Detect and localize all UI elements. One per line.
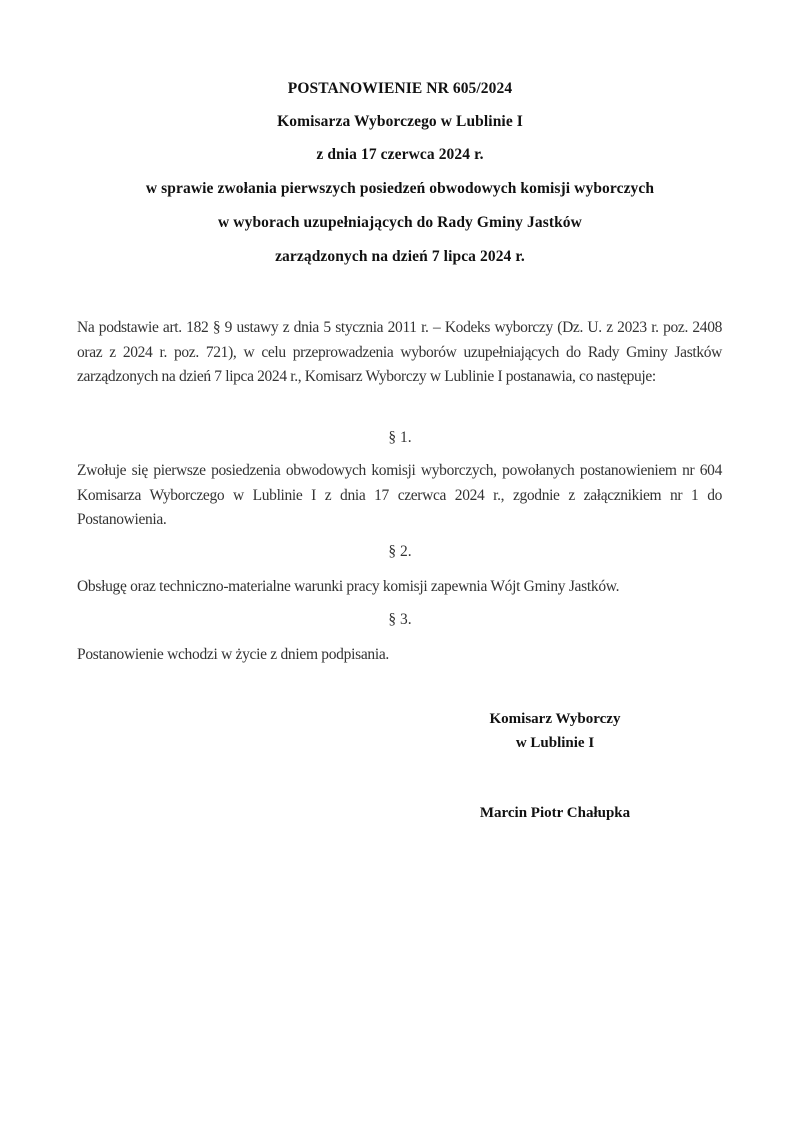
section-3-text: Postanowienie wchodzi w życie z dniem po… bbox=[77, 646, 389, 664]
signature-role-line-1: Komisarz Wyborczy bbox=[440, 711, 670, 728]
section-2-mark: § 2. bbox=[0, 543, 800, 561]
section-2-text: Obsługę oraz techniczno-materialne warun… bbox=[77, 578, 619, 596]
section-3-mark: § 3. bbox=[0, 611, 800, 629]
signature-role-line-2: w Lublinie I bbox=[440, 735, 670, 752]
subject-line-3: zarządzonych na dzień 7 lipca 2024 r. bbox=[0, 248, 800, 266]
subject-line-2: w wyborach uzupełniających do Rady Gminy… bbox=[0, 214, 800, 232]
section-1-text: Zwołuje się pierwsze posiedzenia obwodow… bbox=[77, 459, 722, 533]
document-page: POSTANOWIENIE NR 605/2024 Komisarza Wybo… bbox=[0, 0, 800, 1131]
document-date: z dnia 17 czerwca 2024 r. bbox=[0, 146, 800, 164]
signature-name: Marcin Piotr Chałupka bbox=[440, 805, 670, 822]
subject-line-1: w sprawie zwołania pierwszych posiedzeń … bbox=[0, 180, 800, 198]
document-title: POSTANOWIENIE NR 605/2024 bbox=[0, 80, 800, 98]
issuer: Komisarza Wyborczego w Lublinie I bbox=[0, 113, 800, 131]
preamble: Na podstawie art. 182 § 9 ustawy z dnia … bbox=[77, 316, 722, 390]
section-1-mark: § 1. bbox=[0, 429, 800, 447]
